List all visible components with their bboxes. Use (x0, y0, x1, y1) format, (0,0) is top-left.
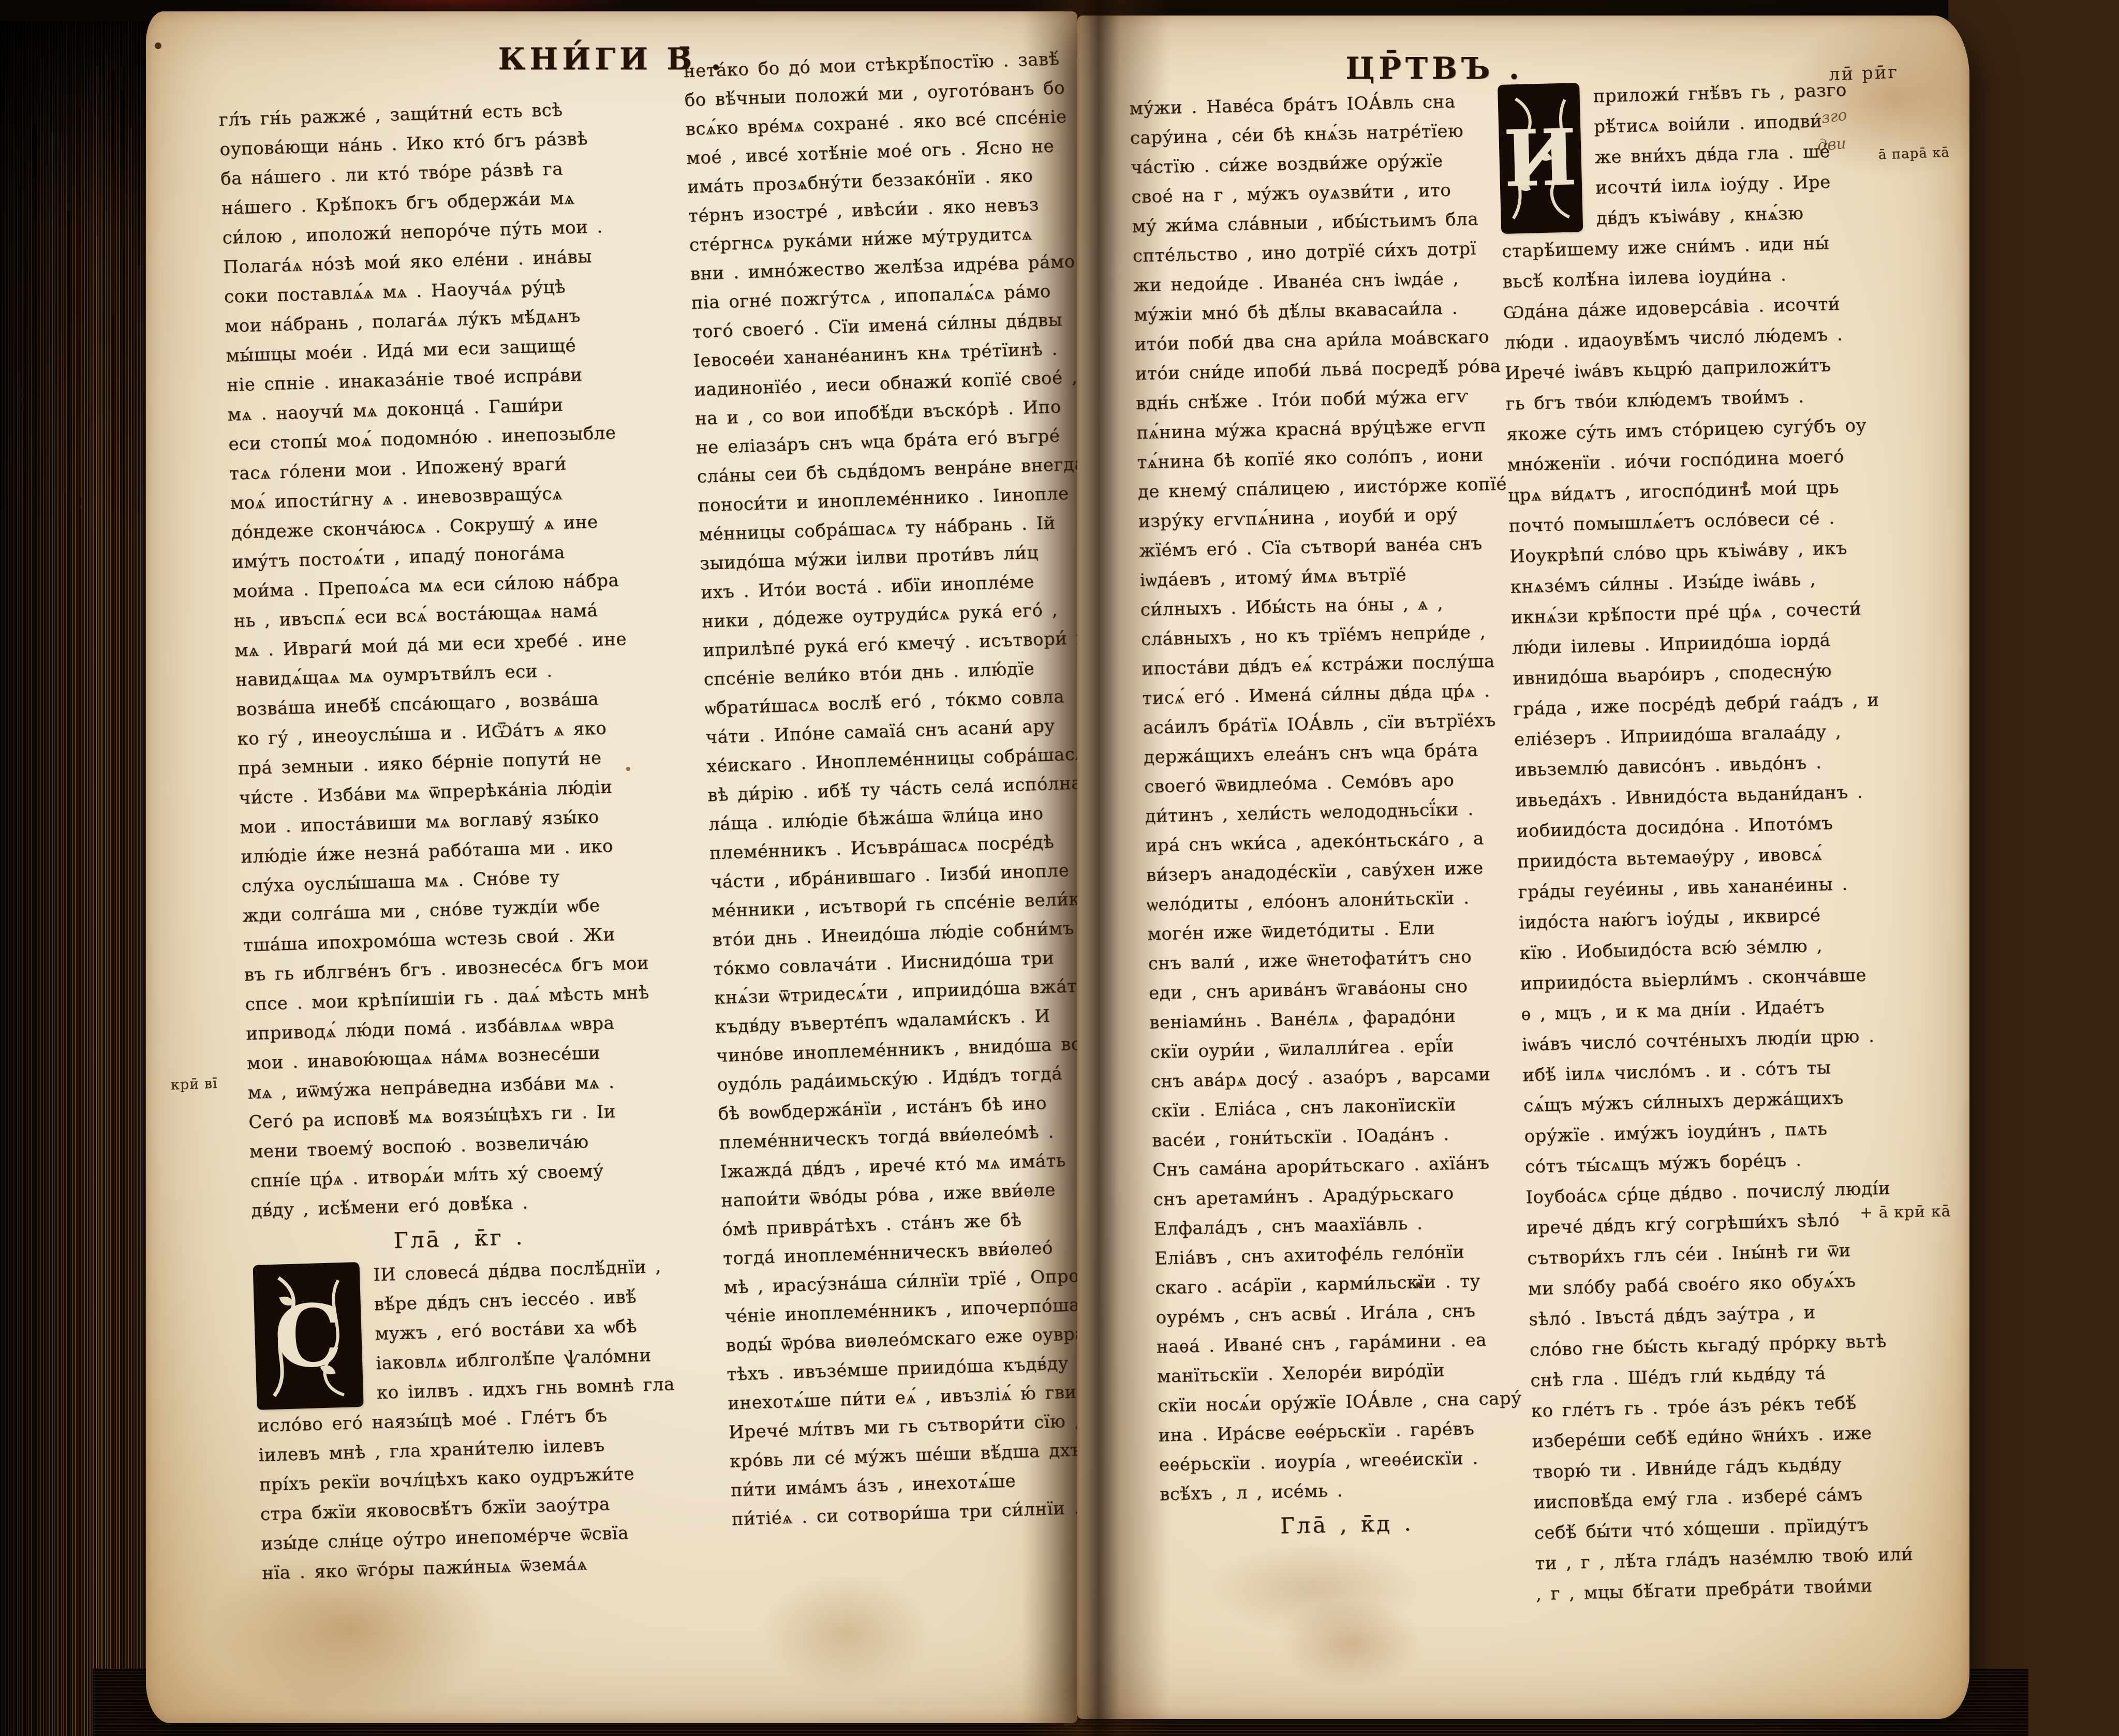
col4-initial-flow: И приложи́ гнѣ́въ гь , разгорѣ́тисѧ воіи… (1498, 73, 1939, 1610)
ink-speck (1416, 1282, 1421, 1287)
margin-note-left: крӣ ві̄ (170, 1075, 218, 1093)
chapter-heading-24: Гла̄ , к̄д . (1160, 1502, 1533, 1548)
initial-letter: С (255, 1264, 362, 1408)
right-page: ЦР̄ТВЪ . лӣ рӣг зго дви а̄ пара̄ ка̄ + а… (1077, 16, 1969, 1719)
text-column-1: гл́ъ гн́ь ражже́ , защи́тни́ есть всѣоуп… (218, 93, 676, 1588)
drop-cap-block: И (1500, 85, 1581, 232)
col2-lines: нета́ко бо до́ мои стѣкрѣ́постїю . завѣ́… (683, 43, 1140, 1534)
col4-rest-lines: старѣ́ишему иже сни́мъ . иди ны́вьсѣ́ ко… (1501, 226, 1939, 1610)
col1-bottom-lines: исло́во его́ наязы́цѣ мое́ . Гле́тъ бъіи… (257, 1399, 676, 1589)
page-edges-right (1948, 0, 2119, 1736)
page-edges-left (0, 21, 171, 1736)
col1-initial-flow: С ІИ словеса́ дв́два послѣ́днїи ,вѣ́ре д… (253, 1252, 676, 1588)
col1-top-lines: гл́ъ гн́ь ражже́ , защи́тни́ есть всѣоуп… (218, 93, 665, 1226)
text-column-2: нета́ко бо до́ мои стѣкрѣ́постїю . завѣ́… (683, 43, 1140, 1534)
initial-letter: И (1500, 85, 1581, 232)
col3-lines: му́жи . Наве́са бра́тъ ІОА́вль снасару́и… (1129, 86, 1533, 1509)
text-column-4: И приложи́ гнѣ́въ гь , разгорѣ́тисѧ воіи… (1498, 73, 1939, 1610)
ink-speck (626, 767, 630, 771)
open-book-photo: КНИ́ГИ В̄ . крӣ ві̄ гл́ъ гн́ь ражже́ , з… (0, 0, 2119, 1736)
ink-speck (1743, 481, 1747, 486)
text-column-3: му́жи . Наве́са бра́тъ ІОА́вль снасару́и… (1129, 86, 1533, 1548)
left-page: КНИ́ГИ В̄ . крӣ ві̄ гл́ъ гн́ь ражже́ , з… (146, 11, 1077, 1723)
drop-cap-block: С (255, 1264, 362, 1408)
ink-speck (155, 42, 161, 49)
